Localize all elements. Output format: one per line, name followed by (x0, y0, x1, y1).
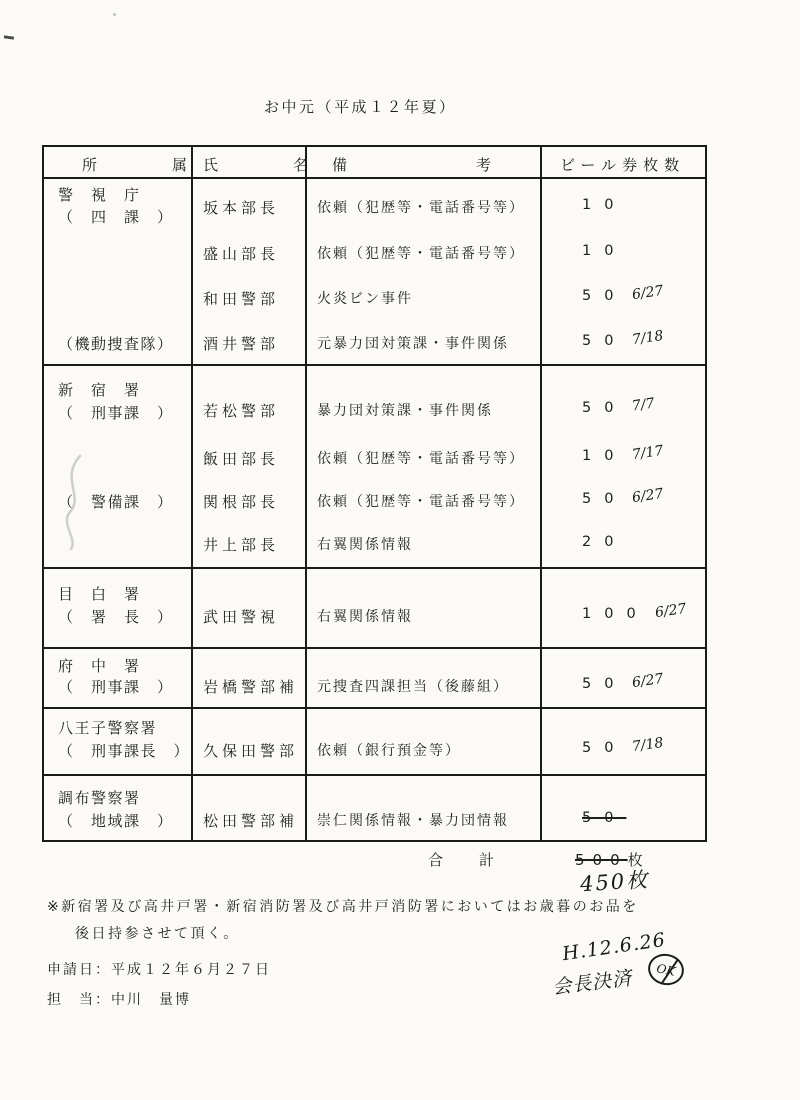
scan-artifact-dash (4, 35, 14, 39)
table-block-hachioji: 八王子警察署 （ 刑事課長 ） 久保田警部 依頼（銀行預金等） 507/18 (44, 707, 705, 774)
person-name: 酒井警部 (203, 333, 279, 354)
footnote-line-1: ※新宿署及び高井戸署・新宿消防署及び高井戸消防署においてはお歳暮のお品を (47, 896, 639, 916)
column-divider (540, 147, 542, 177)
column-divider (191, 776, 193, 842)
remarks-text: 元暴力団対策課・事件関係 (317, 333, 509, 353)
remarks-text: 暴力団対策課・事件関係 (317, 400, 493, 420)
table-block-shinjuku: 新 宿 署 （ 刑事課 ） （ 警備課 ） 若松警部 暴力団対策課・事件関係 5… (44, 364, 705, 567)
table-row: 坂本部長 依頼（犯歴等・電話番号等） 10 (44, 197, 705, 219)
header-count: ビール券枚数 (560, 154, 685, 175)
table-block-chofu: 調布警察署 （ 地域課 ） 松田警部補 崇仁関係情報・暴力団情報 50 (44, 774, 705, 842)
gift-allocation-table: 所 属 氏 名 備 考 ビール券枚数 警 視 庁 （ 四 課 ） （機動捜査隊）… (42, 145, 707, 842)
handwritten-date-note: 7/17 (631, 443, 664, 463)
person-name: 坂本部長 (203, 197, 279, 218)
person-name: 井上部長 (203, 534, 279, 555)
coupon-count-struck: 50 (582, 810, 626, 826)
table-row: 武田警視 右翼関係情報 1006/27 (44, 606, 705, 628)
coupon-count: 50 (582, 400, 626, 416)
table-row: 久保田警部 依頼（銀行預金等） 507/18 (44, 740, 705, 762)
person-name: 若松警部 (203, 400, 279, 421)
affiliation-label: 目 白 署 (58, 583, 141, 604)
remarks-text: 依頼（犯歴等・電話番号等） (317, 491, 525, 511)
table-block-mejiro: 目 白 署 （ 署 長 ） 武田警視 右翼関係情報 1006/27 (44, 567, 705, 647)
table-row: 井上部長 右翼関係情報 20 (44, 534, 705, 556)
coupon-count: 100 (582, 606, 649, 622)
total-label: 合 計 (428, 849, 496, 870)
person-name: 和田警部 (203, 288, 279, 309)
remarks-text: 崇仁関係情報・暴力団情報 (317, 810, 509, 830)
remarks-text: 依頼（犯歴等・電話番号等） (317, 243, 525, 263)
remarks-text: 依頼（犯歴等・電話番号等） (317, 197, 525, 217)
handwritten-date-note: 6/27 (631, 486, 664, 506)
header-name: 氏 名 (203, 154, 311, 175)
remarks-text: 元捜査四課担当（後藤組） (317, 676, 509, 696)
footnote-line-2: 後日持参させて頂く。 (75, 923, 240, 943)
person-name: 松田警部補 (203, 810, 298, 831)
coupon-count: 50 (582, 676, 626, 692)
affiliation-label: 調布警察署 (58, 787, 141, 808)
handwritten-date-note: 7/7 (631, 396, 656, 415)
staff-in-charge: 担 当：中川 量博 (47, 989, 191, 1009)
table-block-fuchu: 府 中 署 （ 刑事課 ） 岩橋警部補 元捜査四課担当（後藤組） 506/27 (44, 647, 705, 707)
table-block-keishicho: 警 視 庁 （ 四 課 ） （機動捜査隊） 坂本部長 依頼（犯歴等・電話番号等）… (44, 179, 705, 364)
person-name: 武田警視 (203, 606, 279, 627)
scan-artifact-dot (113, 13, 116, 16)
handwritten-date-note: 6/27 (631, 283, 664, 303)
table-header-row: 所 属 氏 名 備 考 ビール券枚数 (44, 147, 705, 179)
person-name: 岩橋警部補 (203, 676, 298, 697)
table-row: 関根部長 依頼（犯歴等・電話番号等） 506/27 (44, 491, 705, 513)
handwritten-date-note: 6/27 (654, 601, 687, 621)
person-name: 飯田部長 (203, 448, 279, 469)
coupon-count: 50 (582, 491, 626, 507)
person-name: 久保田警部 (203, 740, 298, 761)
coupon-count: 50 (582, 288, 626, 304)
coupon-count: 10 (582, 243, 626, 259)
header-remarks: 備 考 (332, 154, 494, 175)
affiliation-label: 新 宿 署 (58, 379, 141, 400)
column-divider (305, 776, 307, 842)
table-row: 盛山部長 依頼（犯歴等・電話番号等） 10 (44, 243, 705, 265)
table-row: 和田警部 火炎ビン事件 506/27 (44, 288, 705, 310)
scan-artifact-margin-squiggle (48, 452, 100, 554)
handwritten-date-note: 6/27 (631, 671, 664, 691)
handwritten-date-note: 7/18 (631, 735, 664, 755)
coupon-count: 20 (582, 534, 626, 550)
scanned-document-page: { "title": "お中元（平成１２年夏）", "table": { "he… (0, 0, 800, 1100)
table-row: 酒井警部 元暴力団対策課・事件関係 507/18 (44, 333, 705, 355)
handwritten-approval-text: 会長決済 (551, 963, 634, 1000)
table-row: 飯田部長 依頼（犯歴等・電話番号等） 107/17 (44, 448, 705, 470)
remarks-text: 右翼関係情報 (317, 534, 413, 554)
coupon-count: 50 (582, 333, 626, 349)
handwritten-date-note: 7/18 (631, 328, 664, 348)
column-divider (540, 776, 542, 842)
person-name: 盛山部長 (203, 243, 279, 264)
remarks-text: 右翼関係情報 (317, 606, 413, 626)
table-row: 岩橋警部補 元捜査四課担当（後藤組） 506/27 (44, 676, 705, 698)
page-title: お中元（平成１２年夏） (264, 96, 457, 117)
application-date: 申請日：平成１２年６月２７日 (47, 959, 271, 979)
coupon-count: 50 (582, 740, 626, 756)
remarks-text: 依頼（銀行預金等） (317, 740, 461, 760)
approval-stamp-icon: OK (645, 951, 687, 989)
coupon-count: 10 (582, 448, 626, 464)
person-name: 関根部長 (203, 491, 279, 512)
total-revised-handwritten: 450枚 (579, 864, 650, 899)
header-affiliation: 所 属 (82, 154, 190, 175)
remarks-text: 依頼（犯歴等・電話番号等） (317, 448, 525, 468)
affiliation-label: 八王子警察署 (58, 717, 157, 738)
coupon-count: 10 (582, 197, 626, 213)
remarks-text: 火炎ビン事件 (317, 288, 413, 308)
column-divider (191, 147, 193, 177)
table-row: 松田警部補 崇仁関係情報・暴力団情報 50 (44, 810, 705, 832)
table-row: 若松警部 暴力団対策課・事件関係 507/7 (44, 400, 705, 422)
affiliation-label: 府 中 署 (58, 655, 141, 676)
